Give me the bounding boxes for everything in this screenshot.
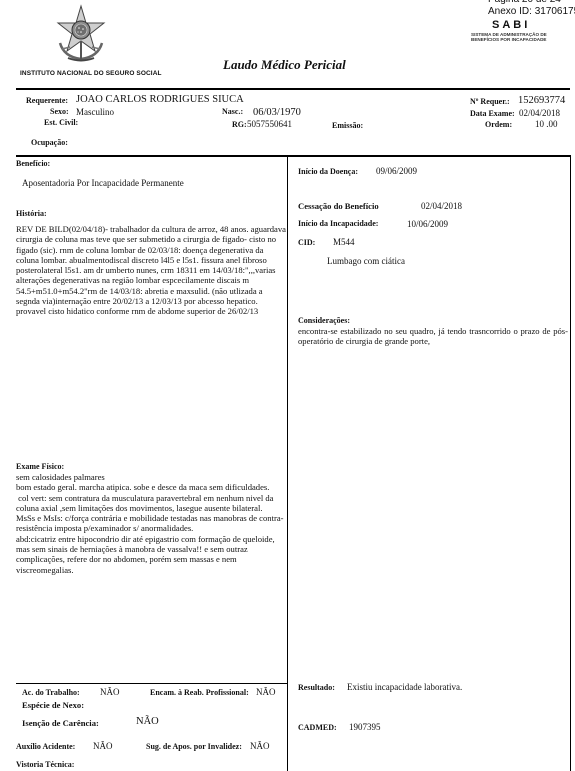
isencao-carencia-value: NÃO [136, 716, 159, 727]
inicio-doenca-label: Início da Doença: [298, 167, 358, 176]
beneficio-value: Aposentadoria Por Incapacidade Permanent… [22, 178, 184, 188]
sug-apos-invalidez-value: NÃO [250, 741, 270, 751]
beneficio-label: Benefício: [16, 159, 50, 168]
exame-line: sem calosidades palmares [16, 472, 286, 482]
rg-value: 5057550641 [247, 119, 292, 129]
brazil-coat-of-arms-icon [50, 3, 112, 65]
cid-label: CID: [298, 238, 315, 247]
consideracoes-text: encontra-se estabilizado no seu quadro, … [298, 326, 568, 347]
rg-label: RG: [232, 120, 247, 129]
identification-divider [16, 155, 570, 157]
ordem-value: 10 .00 [535, 119, 558, 129]
sabi-logo-text: SABI [492, 19, 530, 31]
inicio-incapacidade-label: Início da Incapacidade: [298, 219, 378, 228]
exame-line: bom estado geral. marcha atipica. sobe e… [16, 482, 286, 492]
ac-trabalho-value: NÃO [100, 687, 120, 697]
encam-reab-value: NÃO [256, 687, 276, 697]
nasc-label: Nasc.: [222, 107, 243, 116]
requerente-label: Requerente: [26, 96, 68, 105]
n-requer-value: 152693774 [518, 95, 565, 106]
exame-fisico-label: Exame Físico: [16, 462, 64, 471]
sabi-subtitle: SISTEMA DE ADMINISTRAÇÃO DE BENEFÍCIOS P… [471, 32, 547, 42]
data-exame-value: 02/04/2018 [519, 108, 560, 118]
nasc-value: 06/03/1970 [253, 107, 301, 118]
ocupacao-label: Ocupação: [31, 138, 68, 147]
sexo-value: Masculino [76, 107, 114, 117]
inicio-doenca-value: 09/06/2009 [376, 166, 417, 176]
cessacao-value: 02/04/2018 [421, 201, 462, 211]
historia-text: REV DE BILD(02/04/18)- trabalhador da cu… [16, 224, 286, 317]
institution-name: INSTITUTO NACIONAL DO SEGURO SOCIAL [20, 70, 162, 77]
historia-label: História: [16, 209, 47, 218]
sexo-label: Sexo: [50, 107, 69, 116]
column-divider [287, 155, 288, 771]
sabi-subtitle-line2: BENEFÍCIOS POR INCAPACIDADE [471, 37, 547, 42]
consideracoes-label: Considerações: [298, 316, 350, 325]
vistoria-tecnica-label: Vistoria Técnica: [16, 760, 74, 769]
ordem-label: Ordem: [485, 120, 512, 129]
data-exame-label: Data Exame: [470, 109, 515, 118]
resultado-value: Existiu incapacidade laborativa. [347, 682, 462, 692]
header-divider [16, 88, 570, 90]
emissao-label: Emissão: [332, 121, 363, 130]
especie-nexo-label: Espécie de Nexo: [22, 700, 84, 710]
footer-divider [16, 683, 288, 684]
inicio-incapacidade-value: 10/06/2009 [407, 219, 448, 229]
exame-line: abd:cicatriz entre hipocondrio dir até e… [16, 534, 286, 575]
auxilio-acidente-label: Auxílio Acidente: [16, 742, 75, 751]
right-border [570, 155, 571, 771]
est-civil-label: Est. Civil: [44, 118, 78, 127]
auxilio-acidente-value: NÃO [93, 741, 113, 751]
sug-apos-invalidez-label: Sug. de Apos. por Invalidez: [146, 742, 242, 751]
ac-trabalho-label: Ac. do Trabalho: [22, 688, 80, 697]
encam-reab-label: Encam. à Reab. Profissional: [150, 688, 249, 697]
n-requer-label: Nº Requer.: [470, 97, 510, 106]
isencao-carencia-label: Isenção de Carência: [22, 718, 99, 728]
exame-line: MsSs e MsIs: c/força contrária e mobilid… [16, 513, 286, 534]
cadmed-value: 1907395 [349, 722, 381, 732]
cadmed-label: CADMED: [298, 723, 337, 732]
cid-value: M544 [333, 237, 355, 247]
exame-line: col vert: sem contratura da musculatura … [16, 493, 286, 514]
requerente-value: JOAO CARLOS RODRIGUES SIUCA [76, 94, 244, 105]
annex-id: Anexo ID: 31706175 [488, 6, 575, 17]
cessacao-label: Cessação do Benefício [298, 201, 379, 211]
document-title: Laudo Médico Pericial [223, 57, 346, 73]
resultado-label: Resultado: [298, 683, 335, 692]
exame-fisico-text: sem calosidades palmares bom estado gera… [16, 472, 286, 575]
cid-description: Lumbago com ciática [327, 256, 405, 266]
